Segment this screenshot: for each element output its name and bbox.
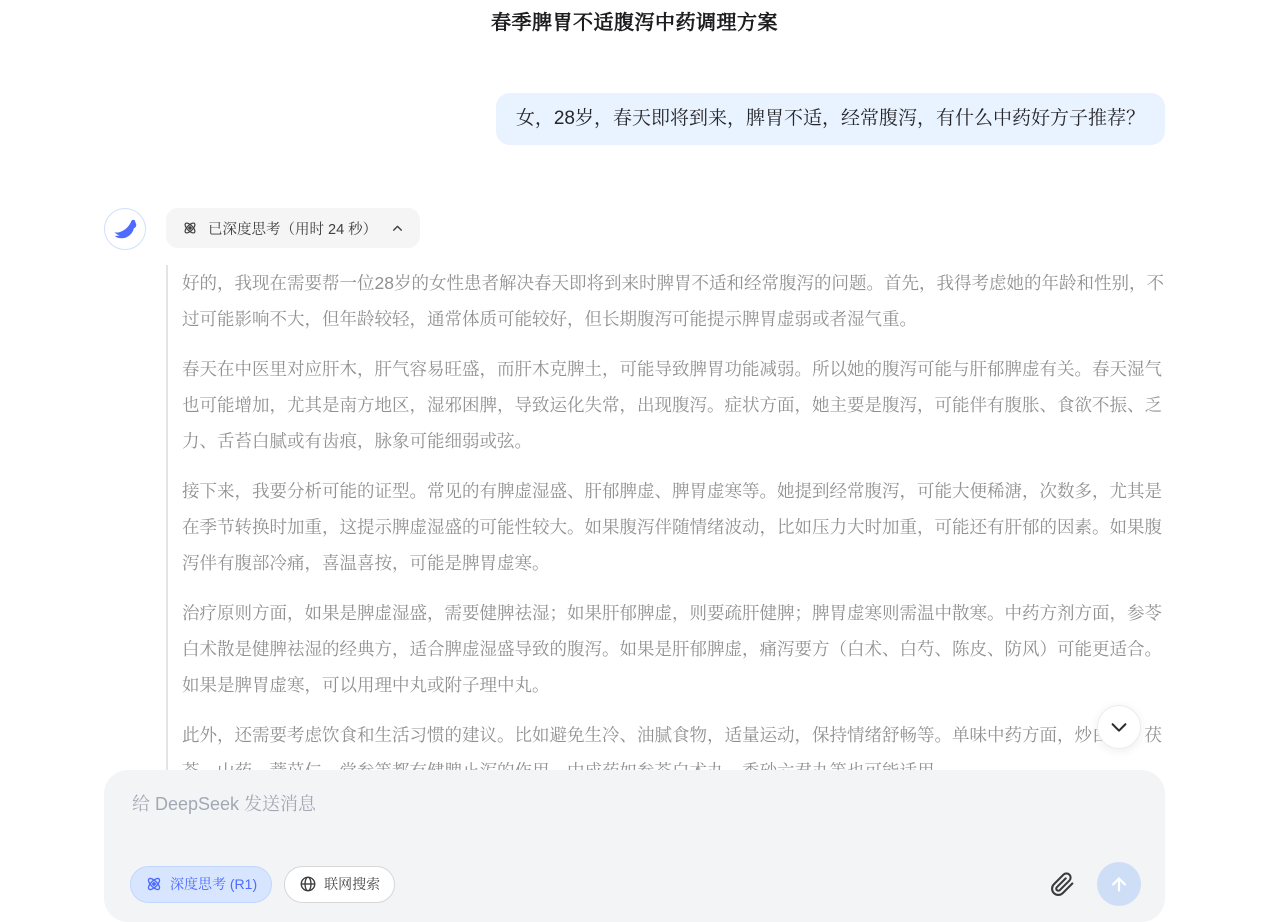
attach-file-button[interactable] [1050,872,1075,897]
thinking-toggle-label: 已深度思考（用时 24 秒） [208,218,377,239]
message-composer: 深度思考 (R1) 联网搜索 [104,770,1165,922]
thinking-paragraph: 好的，我现在需要帮一位28岁的女性患者解决春天即将到来时脾胃不适和经常腹泻的问题… [182,265,1165,337]
chat-column: 女，28岁，春天即将到来，脾胃不适，经常腹泻，有什么中药好方子推荐？ [104,93,1165,789]
assistant-content: 已深度思考（用时 24 秒） 好的，我现在需要帮一位28岁的女性患者解决春天即将… [166,208,1165,789]
thinking-paragraph: 治疗原则方面，如果是脾虚湿盛，需要健脾祛湿；如果肝郁脾虚，则要疏肝健脾；脾胃虚寒… [182,595,1165,703]
thinking-toggle-button[interactable]: 已深度思考（用时 24 秒） [166,208,420,248]
thinking-paragraph: 春天在中医里对应肝木，肝气容易旺盛，而肝木克脾土，可能导致脾胃功能减弱。所以她的… [182,351,1165,459]
arrow-up-icon [1108,873,1130,895]
user-message-row: 女，28岁，春天即将到来，脾胃不适，经常腹泻，有什么中药好方子推荐？ [104,93,1165,145]
send-message-button[interactable] [1097,862,1141,906]
deepthink-icon [182,220,198,236]
deepthink-r1-button[interactable]: 深度思考 (R1) [130,866,272,903]
deepthink-icon [145,875,163,893]
deepthink-r1-label: 深度思考 (R1) [170,874,257,894]
paperclip-icon [1050,872,1075,897]
page-title: 春季脾胃不适腹泻中药调理方案 [0,0,1269,35]
web-search-label: 联网搜索 [324,874,380,894]
user-message-bubble: 女，28岁，春天即将到来，脾胃不适，经常腹泻，有什么中药好方子推荐？ [496,93,1165,145]
web-search-button[interactable]: 联网搜索 [284,866,395,903]
thinking-content: 好的，我现在需要帮一位28岁的女性患者解决春天即将到来时脾胃不适和经常腹泻的问题… [166,265,1165,789]
scroll-to-bottom-button[interactable] [1097,705,1141,749]
deepseek-avatar [104,208,146,250]
chevron-down-icon [1108,716,1130,738]
composer-toolbar: 深度思考 (R1) 联网搜索 [130,862,1141,906]
message-input[interactable] [132,790,1137,848]
assistant-message-row: 已深度思考（用时 24 秒） 好的，我现在需要帮一位28岁的女性患者解决春天即将… [104,208,1165,789]
thinking-paragraph: 接下来，我要分析可能的证型。常见的有脾虚湿盛、肝郁脾虚、脾胃虚寒等。她提到经常腹… [182,473,1165,581]
chevron-up-icon [391,222,404,235]
deepseek-whale-icon [112,216,139,243]
globe-icon [299,875,317,893]
